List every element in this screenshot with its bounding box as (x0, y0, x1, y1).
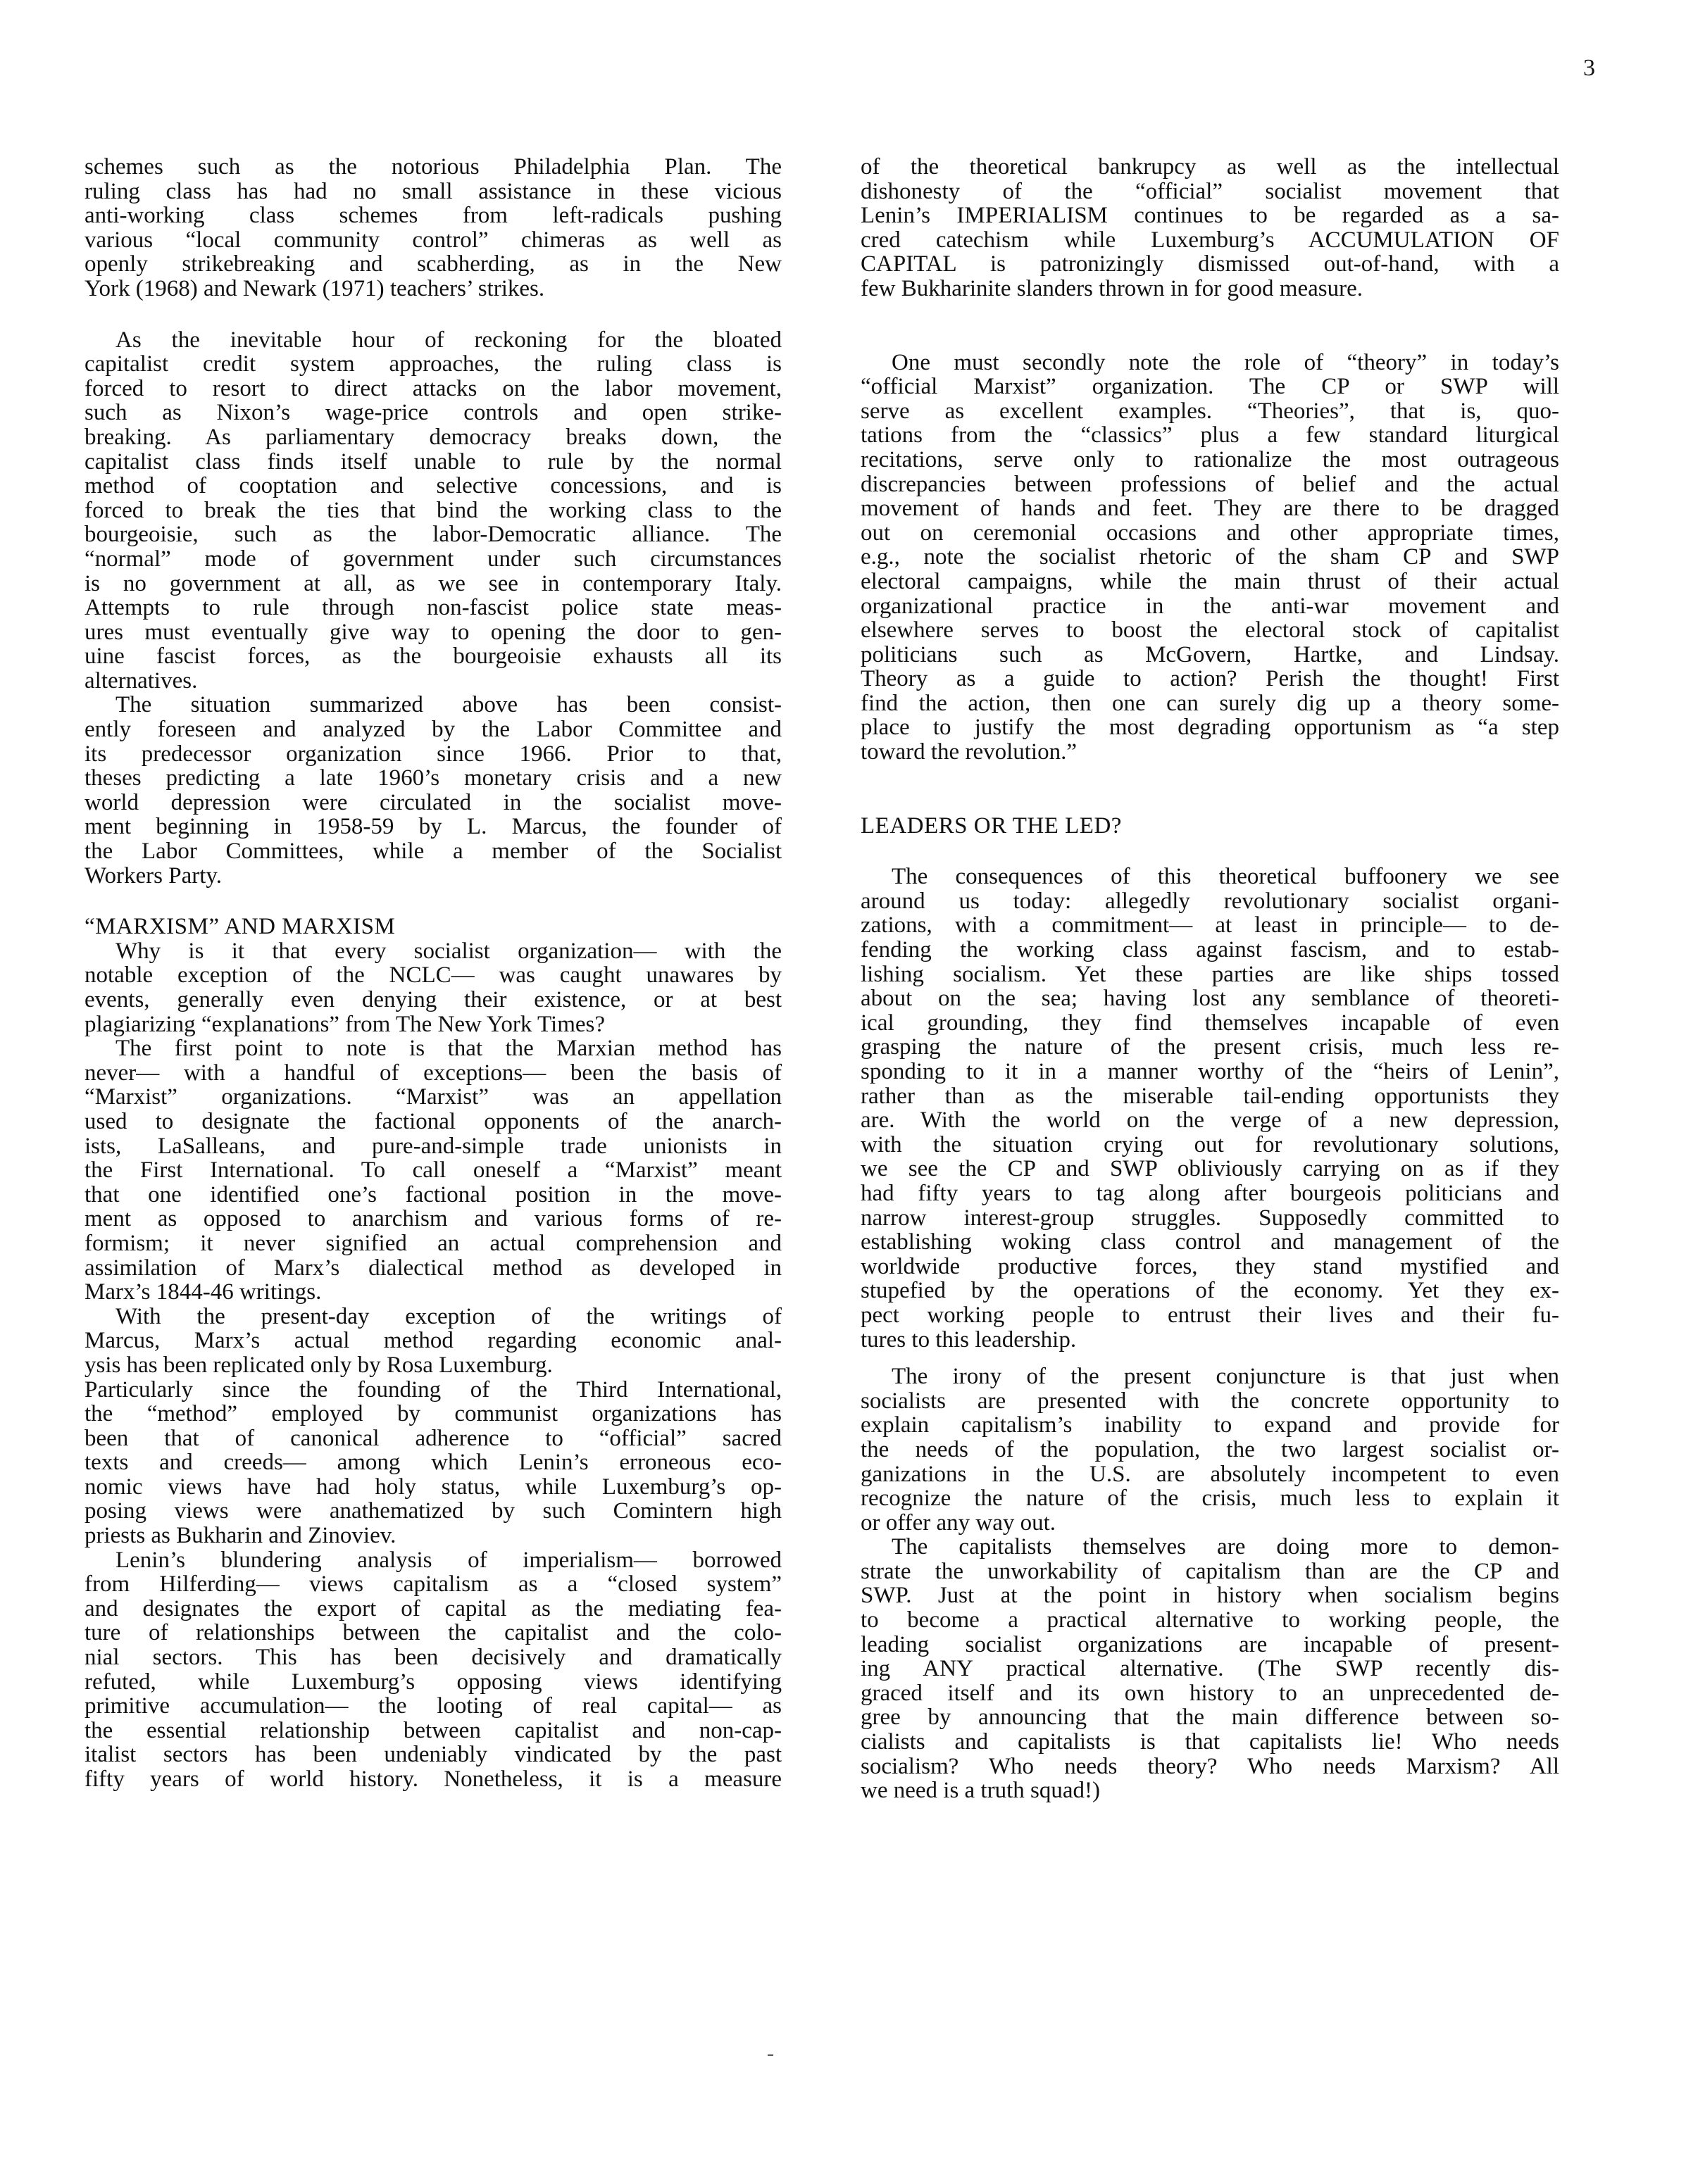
text-line: are. With the world on the verge of a ne… (861, 1108, 1559, 1133)
text-line: ical grounding, they find themselves inc… (861, 1011, 1559, 1036)
text-line: posing views were anathematized by such … (85, 1499, 782, 1524)
text-line: strate the unworkability of capitalism t… (861, 1559, 1559, 1584)
text-line: “official Marxist” organization. The CP … (861, 375, 1559, 399)
text-line: dishonesty of the “official” socialist m… (861, 180, 1559, 204)
text-line: recitations, serve only to rationalize t… (861, 448, 1559, 472)
text-line: theses predicting a late 1960’s monetary… (85, 766, 782, 791)
text-line: ment beginning in 1958-59 by L. Marcus, … (85, 815, 782, 839)
text-line: ysis has been replicated only by Rosa Lu… (85, 1353, 782, 1378)
paragraph: Lenin’s blundering analysis of imperiali… (85, 1548, 782, 1792)
text-line: The situation summarized above has been … (85, 693, 782, 717)
text-line: recognize the nature of the crisis, much… (861, 1486, 1559, 1511)
text-line: ing ANY practical alternative. (The SWP … (861, 1657, 1559, 1681)
text-line: explain capitalism’s inability to expand… (861, 1413, 1559, 1438)
text-line: few Bukharinite slanders thrown in for g… (861, 277, 1559, 301)
text-line: italist sectors has been undeniably vind… (85, 1743, 782, 1767)
text-line: refuted, while Luxemburg’s opposing view… (85, 1670, 782, 1695)
text-line: plagiarizing “explanations” from The New… (85, 1012, 782, 1037)
text-line: forced to resort to direct attacks on th… (85, 377, 782, 401)
text-line: tures to this leadership. (861, 1328, 1559, 1353)
text-line: and designates the export of capital as … (85, 1597, 782, 1621)
paragraph: The irony of the present conjuncture is … (861, 1364, 1559, 1535)
text-line: The first point to note is that the Marx… (85, 1036, 782, 1061)
text-line: been that of canonical adherence to “off… (85, 1426, 782, 1451)
text-line: Marx’s 1844-46 writings. (85, 1280, 782, 1305)
text-line: the Labor Committees, while a member of … (85, 839, 782, 864)
text-line: gree by announcing that the main differe… (861, 1705, 1559, 1730)
text-line: rather than as the miserable tail-ending… (861, 1084, 1559, 1109)
document-page: 3 schemes such as the notorious Philadel… (0, 0, 1686, 2184)
text-line: establishing woking class control and ma… (861, 1230, 1559, 1255)
text-line: had fifty years to tag along after bourg… (861, 1181, 1559, 1206)
text-line: “normal” mode of government under such c… (85, 547, 782, 572)
text-line: breaking. As parliamentary democracy bre… (85, 425, 782, 450)
paragraph: The first point to note is that the Marx… (85, 1036, 782, 1305)
text-line: e.g., note the socialist rhetoric of the… (861, 545, 1559, 570)
text-line: notable exception of the NCLC— was caugh… (85, 963, 782, 988)
paragraph: With the present-day exception of the wr… (85, 1305, 782, 1378)
text-line: used to designate the factional opponent… (85, 1110, 782, 1134)
text-line: discrepancies between professions of bel… (861, 472, 1559, 497)
text-line: out on ceremonial occasions and other ap… (861, 521, 1559, 546)
text-line: events, generally even denying their exi… (85, 988, 782, 1012)
text-line: Lenin’s IMPERIALISM continues to be rega… (861, 203, 1559, 228)
paragraph-gap (861, 1352, 1559, 1364)
text-line: capitalist class finds itself unable to … (85, 450, 782, 475)
section-heading-marxism: “MARXISM” AND MARXISM (85, 915, 782, 939)
text-line: worldwide productive forces, they stand … (861, 1255, 1559, 1279)
text-line: nomic views have had holy status, while … (85, 1475, 782, 1500)
text-line: various “local community control” chimer… (85, 228, 782, 253)
text-line: of the theoretical bankrupcy as well as … (861, 155, 1559, 180)
text-line: bourgeoisie, such as the labor-Democrati… (85, 522, 782, 547)
text-line: anti-working class schemes from left-rad… (85, 203, 782, 228)
right-column: of the theoretical bankrupcy as well as … (861, 155, 1559, 1803)
paragraph-gap (861, 765, 1559, 814)
text-line: CAPITAL is patronizingly dismissed out-o… (861, 252, 1559, 277)
text-line: around us today: allegedly revolutionary… (861, 889, 1559, 914)
text-line: “Marxist” organizations. “Marxist” was a… (85, 1085, 782, 1110)
text-line: Marcus, Marx’s actual method regarding e… (85, 1329, 782, 1353)
text-line: SWP. Just at the point in history when s… (861, 1583, 1559, 1608)
text-line: The irony of the present conjuncture is … (861, 1364, 1559, 1389)
text-line: lishing socialism. Yet these parties are… (861, 962, 1559, 987)
text-line: York (1968) and Newark (1971) teachers’ … (85, 277, 782, 301)
text-line: electoral campaigns, while the main thru… (861, 570, 1559, 594)
text-line: toward the revolution.” (861, 740, 1559, 765)
text-line: uine fascist forces, as the bourgeoisie … (85, 644, 782, 669)
text-line: ment as opposed to anarchism and various… (85, 1207, 782, 1231)
text-line: ists, LaSalleans, and pure-and-simple tr… (85, 1134, 782, 1159)
text-line: assimilation of Marx’s dialectical metho… (85, 1256, 782, 1281)
text-line: Theory as a guide to action? Perish the … (861, 667, 1559, 691)
text-line: such as Nixon’s wage-price controls and … (85, 401, 782, 425)
text-line: One must secondly note the role of “theo… (861, 351, 1559, 375)
text-line: ture of relationships between the capita… (85, 1621, 782, 1645)
text-line: is no government at all, as we see in co… (85, 572, 782, 596)
text-line: that one identified one’s factional posi… (85, 1183, 782, 1207)
text-line: priests as Bukharin and Zinoviev. (85, 1524, 782, 1548)
text-line: Why is it that every socialist organizat… (85, 939, 782, 964)
text-line: the needs of the population, the two lar… (861, 1438, 1559, 1462)
page-number: 3 (1583, 55, 1595, 82)
paragraph-gap (861, 301, 1559, 351)
text-line: cred catechism while Luxemburg’s ACCUMUL… (861, 228, 1559, 253)
text-line: fending the working class against fascis… (861, 938, 1559, 962)
text-line: the “method” employed by communist organ… (85, 1402, 782, 1426)
text-line: The capitalists themselves are doing mor… (861, 1535, 1559, 1559)
text-line: organizational practice in the anti-war … (861, 594, 1559, 619)
text-line: openly strikebreaking and scabherding, a… (85, 252, 782, 277)
text-line: The consequences of this theoretical buf… (861, 865, 1559, 889)
paragraph: schemes such as the notorious Philadelph… (85, 155, 782, 301)
text-line: primitive accumulation— the looting of r… (85, 1694, 782, 1719)
text-line: with the situation crying out for revolu… (861, 1133, 1559, 1157)
paragraph: One must secondly note the role of “theo… (861, 351, 1559, 765)
section-heading-leaders: LEADERS OR THE LED? (861, 814, 1559, 839)
paragraph-gap (85, 301, 782, 328)
paragraph: The situation summarized above has been … (85, 693, 782, 888)
paragraph: Particularly since the founding of the T… (85, 1378, 782, 1548)
text-line: stupefied by the operations of the econo… (861, 1279, 1559, 1303)
text-line: ently foreseen and analyzed by the Labor… (85, 717, 782, 742)
text-line: never— with a handful of exceptions— bee… (85, 1061, 782, 1086)
text-line: movement of hands and feet. They are the… (861, 496, 1559, 521)
text-line: ruling class has had no small assistance… (85, 180, 782, 204)
text-line: With the present-day exception of the wr… (85, 1305, 782, 1329)
text-line: texts and creeds— among which Lenin’s er… (85, 1450, 782, 1475)
text-line: fifty years of world history. Nonetheles… (85, 1767, 782, 1792)
text-line: from Hilferding— views capitalism as a “… (85, 1572, 782, 1597)
text-line: cialists and capitalists is that capital… (861, 1730, 1559, 1755)
text-line: Particularly since the founding of the T… (85, 1378, 782, 1402)
text-line: method of cooptation and selective conce… (85, 474, 782, 498)
paragraph: Why is it that every socialist organizat… (85, 939, 782, 1036)
text-line: we need is a truth squad!) (861, 1778, 1559, 1803)
text-line: leading socialist organizations are inca… (861, 1633, 1559, 1657)
text-line: about on the sea; having lost any sembla… (861, 986, 1559, 1011)
text-line: forced to break the ties that bind the w… (85, 498, 782, 523)
paragraph: The consequences of this theoretical buf… (861, 865, 1559, 1352)
text-line: we see the CP and SWP obliviously carryi… (861, 1157, 1559, 1181)
paragraph-gap (861, 838, 1559, 865)
text-line: alternatives. (85, 669, 782, 694)
paragraph-gap (85, 888, 782, 915)
text-line: grasping the nature of the present crisi… (861, 1035, 1559, 1060)
text-line: zations, with a commitment— at least in … (861, 913, 1559, 938)
text-line: the First International. To call oneself… (85, 1158, 782, 1183)
text-line: tations from the “classics” plus a few s… (861, 423, 1559, 448)
text-line: graced itself and its own history to an … (861, 1681, 1559, 1706)
text-line: place to justify the most degrading oppo… (861, 715, 1559, 740)
text-line: elsewhere serves to boost the electoral … (861, 618, 1559, 643)
text-line: its predecessor organization since 1966.… (85, 742, 782, 767)
text-line: sponding to it in a manner worthy of the… (861, 1060, 1559, 1084)
text-line: formism; it never signified an actual co… (85, 1231, 782, 1256)
text-line: world depression were circulated in the … (85, 791, 782, 815)
text-line: schemes such as the notorious Philadelph… (85, 155, 782, 180)
text-line: capitalist credit system approaches, the… (85, 352, 782, 377)
text-line: socialism? Who needs theory? Who needs M… (861, 1755, 1559, 1779)
left-column: schemes such as the notorious Philadelph… (85, 155, 782, 1792)
text-line: Workers Party. (85, 864, 782, 889)
text-line: narrow interest-group struggles. Suppose… (861, 1206, 1559, 1231)
text-line: to become a practical alternative to wor… (861, 1608, 1559, 1633)
text-line: or offer any way out. (861, 1511, 1559, 1536)
text-line: Attempts to rule through non-fascist pol… (85, 596, 782, 620)
text-line: politicians such as McGovern, Hartke, an… (861, 643, 1559, 667)
paragraph: The capitalists themselves are doing mor… (861, 1535, 1559, 1803)
text-line: As the inevitable hour of reckoning for … (85, 328, 782, 353)
text-line: nial sectors. This has been decisively a… (85, 1645, 782, 1670)
text-line: Lenin’s blundering analysis of imperiali… (85, 1548, 782, 1573)
text-line: the essential relationship between capit… (85, 1719, 782, 1743)
scan-artifact (768, 2054, 773, 2056)
paragraph: As the inevitable hour of reckoning for … (85, 328, 782, 694)
text-line: serve as excellent examples. “Theories”,… (861, 399, 1559, 424)
text-line: socialists are presented with the concre… (861, 1389, 1559, 1414)
text-line: find the action, then one can surely dig… (861, 691, 1559, 716)
paragraph: of the theoretical bankrupcy as well as … (861, 155, 1559, 301)
text-line: ures must eventually give way to opening… (85, 620, 782, 645)
text-line: ganizations in the U.S. are absolutely i… (861, 1462, 1559, 1487)
text-line: pect working people to entrust their liv… (861, 1303, 1559, 1328)
